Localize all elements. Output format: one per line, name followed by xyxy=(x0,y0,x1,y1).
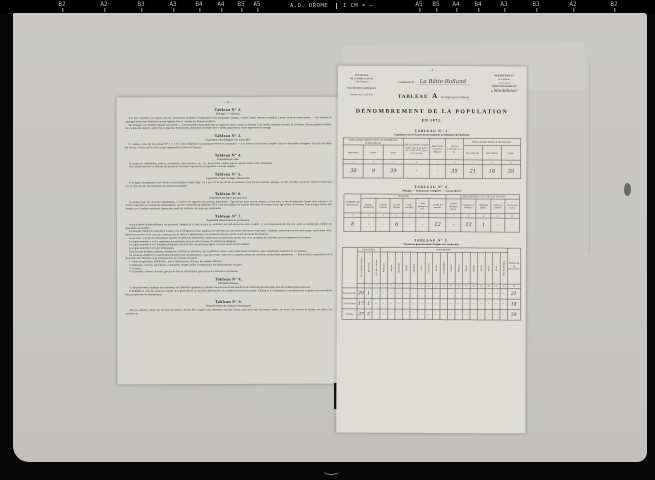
column-heading: Autrichiens. xyxy=(395,252,403,284)
value-cell: · xyxy=(485,288,493,299)
section-paragraph: Par ménage il est toutefois entendu une … xyxy=(125,123,332,130)
value-cell: · xyxy=(492,288,500,299)
value-cell: · xyxy=(432,288,440,299)
value-cell: · xyxy=(425,288,433,299)
microfilm-scan-view: A.D. DROME I CM = — B2A2B3A3B4A4B5A5A5B5… xyxy=(0,0,655,480)
column-heading: Portugais. xyxy=(455,252,463,284)
ruler-mark: B4 xyxy=(474,1,481,8)
value-cell: · xyxy=(462,288,470,299)
arrondissement-line: de Montélimar xyxy=(487,88,522,94)
value-cell: · xyxy=(477,309,485,320)
main-title: DÉNOMBREMENT DE LA POPULATION xyxy=(343,108,522,115)
column-heading: TOTAL des maisons. xyxy=(429,199,446,214)
value-cell: 21 xyxy=(507,289,520,300)
left-page-section: Tableau N° 9.Dénombrement des animaux do… xyxy=(125,299,332,315)
tableau-3-header: FRANÇAIS.ÉTRANGERS.TOTAL de la populatio… xyxy=(342,247,520,288)
value-cell: 1 xyxy=(365,298,373,309)
table-row: TOTAL.372··················39 xyxy=(342,309,520,320)
row-label-head xyxy=(342,247,357,287)
column-heading: Anglais. xyxy=(387,252,395,284)
tableau-word: TABLEAU xyxy=(398,94,429,100)
column-heading: Agglomérée. xyxy=(343,145,363,160)
value-cell: · xyxy=(470,309,478,320)
column-group-heading: DOUBLES comptes à déduire. xyxy=(429,138,445,160)
column-heading: Totale. xyxy=(383,145,403,160)
left-page-section: Tableau N° 4.Population par culte.Les an… xyxy=(125,152,332,168)
value-cell: · xyxy=(395,299,403,310)
commune-handwritten-value: La Bâtie-Rolland xyxy=(417,78,469,85)
value-cell: · xyxy=(432,309,440,320)
value-cell: · xyxy=(462,299,470,310)
value-cell: 1 xyxy=(476,218,491,232)
census-tables: TABLEAU N° 1.Population classée d'après … xyxy=(342,129,522,321)
tableau-a-line: TABLEAU A (à remplir par les Maires). xyxy=(381,91,487,100)
left-page-number: — 2 — xyxy=(125,101,332,105)
tableau-3-body: Sexe masculin.201··················21Sex… xyxy=(342,288,520,320)
column-heading: Allemands. xyxy=(380,252,388,284)
column-heading: Suisses. xyxy=(477,252,485,284)
value-cell: · xyxy=(410,299,418,310)
column-heading: Trois ménages et plus. xyxy=(416,199,429,214)
value-cell: 2 xyxy=(365,309,373,320)
tableau-1-title: TABLEAU N° 1. xyxy=(343,129,522,134)
value-cell: · xyxy=(402,309,410,320)
tableau-1: POPULATION MUNICIPALE OU RÉSIDENCE HABIT… xyxy=(343,138,521,180)
section-paragraph: Ce tableau étant l'un des plus considéra… xyxy=(125,200,332,211)
value-cell: · xyxy=(447,299,455,310)
value-cell: · xyxy=(387,299,395,310)
tableau-letter: A xyxy=(432,93,437,101)
tableau-2-subtitle: Ménages. — Maisons par Catégories. — Loc… xyxy=(342,190,521,193)
ruler-mark: B5 xyxy=(432,1,439,8)
tableau-3-subtitle: Population générale selon l'Origine et l… xyxy=(342,243,521,246)
department-box: DÉPARTEMENT de la Drôme. ARRONDISSEMENT … xyxy=(487,74,522,101)
value-cell: · xyxy=(395,288,403,299)
ruler-mark: B2 xyxy=(610,1,617,8)
backing-sheet: — 2 — Tableau N° 2.Ménages. — Maisons.Il… xyxy=(13,13,647,462)
section-paragraph: L'ALIÉNÉ est celui qui, ayant peu notabl… xyxy=(125,289,332,296)
value-cell: · xyxy=(477,299,485,310)
value-cell: 39 xyxy=(383,164,403,178)
value-cell: · xyxy=(402,299,410,310)
table-row: 30939··39211839 xyxy=(343,164,520,179)
commune-line: Commune de : La Bâtie-Rolland xyxy=(381,78,487,85)
table-row: Sexe masculin.201··················21 xyxy=(342,288,520,299)
value-cell: · xyxy=(440,309,448,320)
film-scratch xyxy=(323,467,339,475)
value-cell: 21 xyxy=(463,165,482,179)
ruler-mark: B4 xyxy=(195,1,202,8)
commune-label: Commune de : xyxy=(398,81,416,84)
value-cell: 30 xyxy=(343,164,363,178)
column-heading: Russes. xyxy=(462,252,470,284)
value-cell: · xyxy=(455,288,463,299)
value-cell: 18 xyxy=(507,299,520,310)
left-page-section: Tableau N° 2.Ménages. — Maisons.Il ne fa… xyxy=(125,107,332,130)
section-paragraph: 4° Journaliers, hommes de peine, garçons… xyxy=(125,270,332,274)
value-cell: · xyxy=(387,309,395,320)
left-page-content: — 2 — Tableau N° 2.Ménages. — Maisons.Il… xyxy=(116,97,340,385)
ruler-mark: A5 xyxy=(415,1,422,8)
column-heading: Suédois. xyxy=(470,252,478,284)
ruler-mark: B3 xyxy=(532,1,539,8)
value-cell: 39 xyxy=(501,165,520,179)
left-page: — 2 — Tableau N° 2.Ménages. — Maisons.Il… xyxy=(116,97,340,385)
row-label: Sexe masculin. xyxy=(342,288,357,299)
value-cell: · xyxy=(485,309,493,320)
value-cell: 1 xyxy=(365,288,373,299)
left-page-section: Tableau N° 3.Population selon l'origine … xyxy=(125,133,332,149)
section-paragraph: Une colonne spéciale est affectée aux pe… xyxy=(125,165,332,169)
value-cell: · xyxy=(500,289,508,300)
value-cell: 12 xyxy=(429,218,446,232)
column-heading: Nés de parents français. xyxy=(357,252,365,284)
value-cell: · xyxy=(376,218,390,232)
column-heading: Deux ménages. xyxy=(403,199,416,214)
year-line: EN 1872. xyxy=(343,118,522,123)
ruler-mark: A2 xyxy=(569,1,576,8)
ruler-mark: B2 xyxy=(58,1,65,8)
value-cell: · xyxy=(380,288,388,299)
left-page-section: Tableau N° 6.Population par âge et par é… xyxy=(125,191,332,211)
ruler-bar: A.D. DROME I CM = — B2A2B3A3B4A4B5A5A5B5… xyxy=(0,0,655,13)
value-cell: 17 xyxy=(357,298,365,309)
value-cell: · xyxy=(500,299,508,310)
column-heading: Belges. xyxy=(402,252,410,284)
value-cell: · xyxy=(429,164,445,178)
value-cell: · xyxy=(470,288,478,299)
value-cell: · xyxy=(425,299,433,310)
value-cell: 39 xyxy=(445,165,463,179)
ruler-mark: B5 xyxy=(237,1,244,8)
value-cell: 8 xyxy=(344,217,361,231)
page-edge-line xyxy=(589,63,590,253)
ruler-mark: A3 xyxy=(169,1,176,8)
ruler-mark: B3 xyxy=(137,1,144,8)
tableau-2: NOMBRE DE MÉNAGES.MAISONS.ÉTABLISSEMENTS… xyxy=(344,194,520,233)
value-cell: · xyxy=(395,309,403,320)
value-cell: · xyxy=(500,310,508,321)
tableau-2-body: 8··6··12·121·· xyxy=(344,217,519,232)
row-label: TOTAL. xyxy=(342,309,357,320)
value-cell: · xyxy=(380,298,388,309)
column-group-heading: POPULATION comptée à part (art. 9 de la … xyxy=(403,138,429,160)
value-cell: · xyxy=(455,309,463,320)
table-row: 8··6··12·121·· xyxy=(344,217,519,232)
value-cell: · xyxy=(470,299,478,310)
column-heading: Alsaciens-Lorrains. xyxy=(372,252,380,284)
column-heading: Luxembourgeois. xyxy=(440,252,448,284)
value-cell: 9 xyxy=(363,164,383,178)
instruction-sections: Tableau N° 2.Ménages. — Maisons.Il ne fa… xyxy=(125,107,333,316)
column-heading: Un seul ménage. xyxy=(390,199,403,214)
column-heading: Total des étrangers. xyxy=(500,253,508,285)
column-heading: Éparse. xyxy=(363,145,383,160)
value-cell: · xyxy=(380,309,388,320)
value-cell: · xyxy=(492,299,500,310)
tableau-1-subtitle: Population classée d'après les prescript… xyxy=(342,134,521,137)
film-smudge xyxy=(624,183,631,196)
column-heading: Turcs. xyxy=(485,252,493,284)
value-cell: · xyxy=(485,299,493,310)
value-cell: · xyxy=(372,288,380,299)
value-cell: · xyxy=(372,309,380,320)
value-cell: 20 xyxy=(357,288,365,299)
right-page: — 1 — MINISTÈREDE L'AGRICULTUREet du Com… xyxy=(336,66,527,434)
value-cell: · xyxy=(361,218,376,232)
department-value: de la Drôme. xyxy=(487,78,522,82)
tableau-3: FRANÇAIS.ÉTRANGERS.TOTAL de la populatio… xyxy=(342,247,521,320)
value-cell: 6 xyxy=(390,218,403,232)
column-group-heading: NOMBRE DE MÉNAGES. xyxy=(344,194,361,213)
left-page-section: Tableau N° 5.Population d'après le degré… xyxy=(125,172,332,188)
archive-label: A.D. DROME xyxy=(290,3,328,9)
table-row: Sexe féminin.171··················18 xyxy=(342,298,520,309)
column-heading: Maisons d'habitation. xyxy=(361,199,376,214)
value-cell: · xyxy=(410,288,418,299)
row-label: Sexe féminin. xyxy=(342,298,357,309)
scale-tick xyxy=(336,3,337,9)
value-cell: · xyxy=(372,298,380,309)
tableau-2-header: NOMBRE DE MÉNAGES.MAISONS.ÉTABLISSEMENTS… xyxy=(344,194,519,218)
column-heading: Sexe masculin. xyxy=(463,146,482,161)
ruler-mark: A4 xyxy=(452,1,459,8)
column-heading: Grecs. xyxy=(417,252,425,284)
divider xyxy=(498,83,510,84)
value-cell: · xyxy=(417,288,425,299)
right-page-number: — 1 — xyxy=(343,69,522,73)
value-cell: · xyxy=(440,288,448,299)
value-cell: 37 xyxy=(357,309,365,320)
section-paragraph: Tous les animaux, quelle que soit leur p… xyxy=(125,308,332,315)
value-cell: · xyxy=(403,218,416,232)
section-paragraph: À cet égard, la population a été divisée… xyxy=(125,181,332,188)
column-heading: TOTAL des locaux. xyxy=(505,199,519,214)
value-cell: · xyxy=(417,299,425,310)
value-cell: · xyxy=(505,218,519,232)
stamp-line: Circulaire du 25 avril 1872. xyxy=(343,93,381,96)
column-heading: Maisons vacantes. xyxy=(376,199,390,214)
column-group-heading: TOTAL de la population. xyxy=(507,248,520,284)
column-heading: Hollandais. xyxy=(425,252,433,284)
column-heading: Églises et temples. xyxy=(491,199,505,214)
form-header: MINISTÈREDE L'AGRICULTUREet du Commerce―… xyxy=(343,74,522,101)
column-heading: Sexe féminin. xyxy=(482,146,501,161)
column-heading: Espagnols. xyxy=(410,252,418,284)
value-cell: · xyxy=(446,218,461,232)
section-paragraph: (Ce tableau, ainsi que les tableaux N° 4… xyxy=(125,142,332,149)
value-cell: · xyxy=(492,309,500,320)
value-cell: · xyxy=(455,299,463,310)
column-heading: Bâtiments publics. xyxy=(476,199,491,214)
ministry-stamp: MINISTÈREDE L'AGRICULTUREet du Commerce―… xyxy=(343,74,381,101)
value-cell: · xyxy=(440,299,448,310)
ruler-mark: A4 xyxy=(217,1,224,8)
form-header-center: Commune de : La Bâtie-Rolland TABLEAU A … xyxy=(381,74,487,101)
value-cell: · xyxy=(402,288,410,299)
tableau-note: (à remplir par les Maires). xyxy=(441,96,470,99)
arrondissement-handwritten-value: Montélimar xyxy=(494,88,518,93)
column-group-heading: TOTAL (colonnes 3 et 4). xyxy=(445,138,463,160)
tableau-1-body: 30939··39211839 xyxy=(343,164,520,179)
value-cell: · xyxy=(447,288,455,299)
value-cell: · xyxy=(410,309,418,320)
value-cell: 39 xyxy=(507,310,520,321)
column-heading: Magasins et boutiques. xyxy=(461,199,476,214)
left-page-section: Tableau N° 8.Infirmités diverses.Ce déno… xyxy=(125,277,332,297)
ruler-mark: A5 xyxy=(253,1,260,8)
value-cell: · xyxy=(417,309,425,320)
value-cell: · xyxy=(447,309,455,320)
column-heading: Ateliers, fabriques, usines. xyxy=(446,199,461,214)
column-heading: Italiens. xyxy=(432,252,440,284)
value-cell: 18 xyxy=(482,165,501,179)
column-heading: Polonais. xyxy=(447,252,455,284)
value-cell: · xyxy=(491,218,505,232)
value-cell: · xyxy=(477,288,485,299)
value-cell: · xyxy=(416,218,429,232)
scale-label: I CM = — xyxy=(343,3,374,9)
ruler-mark: A3 xyxy=(500,1,507,8)
value-cell: · xyxy=(403,164,429,178)
tableau-1-header: POPULATION MUNICIPALE OU RÉSIDENCE HABIT… xyxy=(343,138,520,165)
right-page-content: — 1 — MINISTÈREDE L'AGRICULTUREet du Com… xyxy=(336,66,527,434)
tableau-2-title: TABLEAU N° 2. xyxy=(342,185,521,190)
left-page-section: Tableau N° 7.Population classée selon le… xyxy=(125,214,332,274)
column-heading: Naturalisés. xyxy=(365,252,373,284)
column-heading: Divers. xyxy=(492,252,500,284)
value-cell: 12 xyxy=(461,218,476,232)
value-cell: · xyxy=(387,288,395,299)
column-heading: Totale. xyxy=(501,146,520,161)
ruler-mark: A2 xyxy=(100,1,107,8)
tableau-3-title: TABLEAU N° 3. xyxy=(342,238,521,243)
value-cell: · xyxy=(432,299,440,310)
value-cell: · xyxy=(462,309,470,320)
value-cell: · xyxy=(425,309,433,320)
